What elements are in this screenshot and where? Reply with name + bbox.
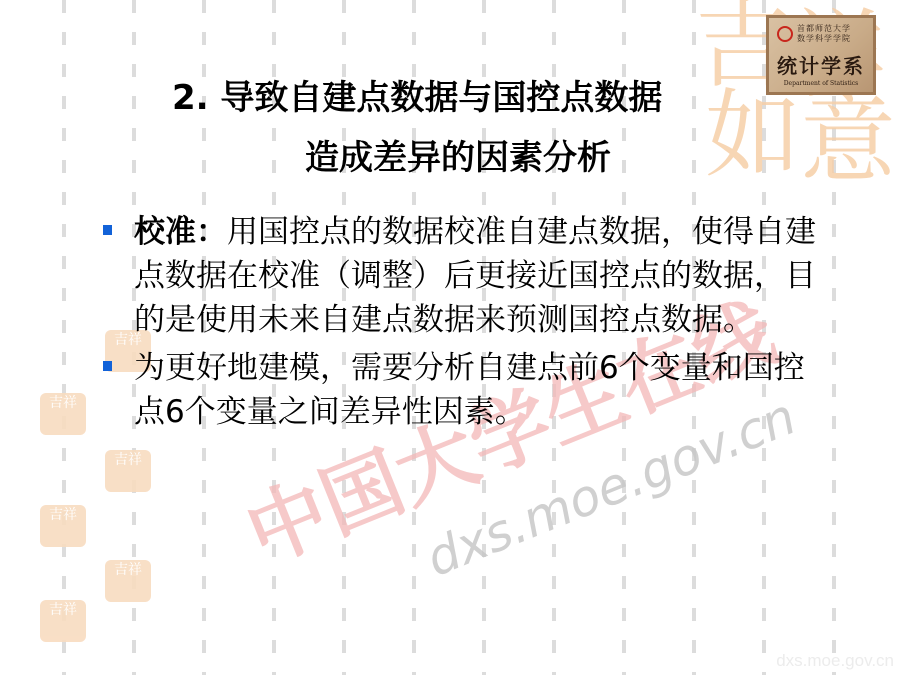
bullet-list: 校准：用国控点的数据校准自建点数据，使得自建点数据在校准（调整）后更接近国控点的… [100,210,820,438]
bullet-item: 校准：用国控点的数据校准自建点数据，使得自建点数据在校准（调整）后更接近国控点的… [100,210,820,342]
bullet-label: 校准： [134,214,227,250]
seal-stamp-icon: 吉祥 [105,560,151,602]
seal-stamp-icon: 吉祥 [105,450,151,492]
seal-stamp-icon: 吉祥 [40,600,86,642]
university-emblem-icon [777,26,793,42]
bullet-text: 用国控点的数据校准自建点数据，使得自建点数据在校准（调整）后更接近国控点的数据，… [134,214,816,338]
watermark-corner-url: dxs.moe.gov.cn [776,651,894,671]
logo-department-english: Department of Statistics [769,80,873,87]
logo-university-name: 首都师范大学 数学科学学院 [797,24,851,44]
slide-title-line-2: 造成差异的因素分析 [305,130,611,179]
square-bullet-icon [103,225,112,235]
bullet-item: 为更好地建模，需要分析自建点前6个变量和国控点6个变量之间差异性因素。 [100,346,820,434]
square-bullet-icon [103,361,112,371]
seal-stamp-icon: 吉祥 [40,505,86,547]
logo-department-name: 统计学系 [769,50,873,79]
bullet-text: 为更好地建模，需要分析自建点前6个变量和国控点6个变量之间差异性因素。 [134,350,805,430]
seal-stamp-icon: 吉祥 [40,393,86,435]
slide-title-line-1: 2. 导致自建点数据与国控点数据 [172,70,662,119]
department-logo: 首都师范大学 数学科学学院 统计学系 Department of Statist… [766,15,876,95]
